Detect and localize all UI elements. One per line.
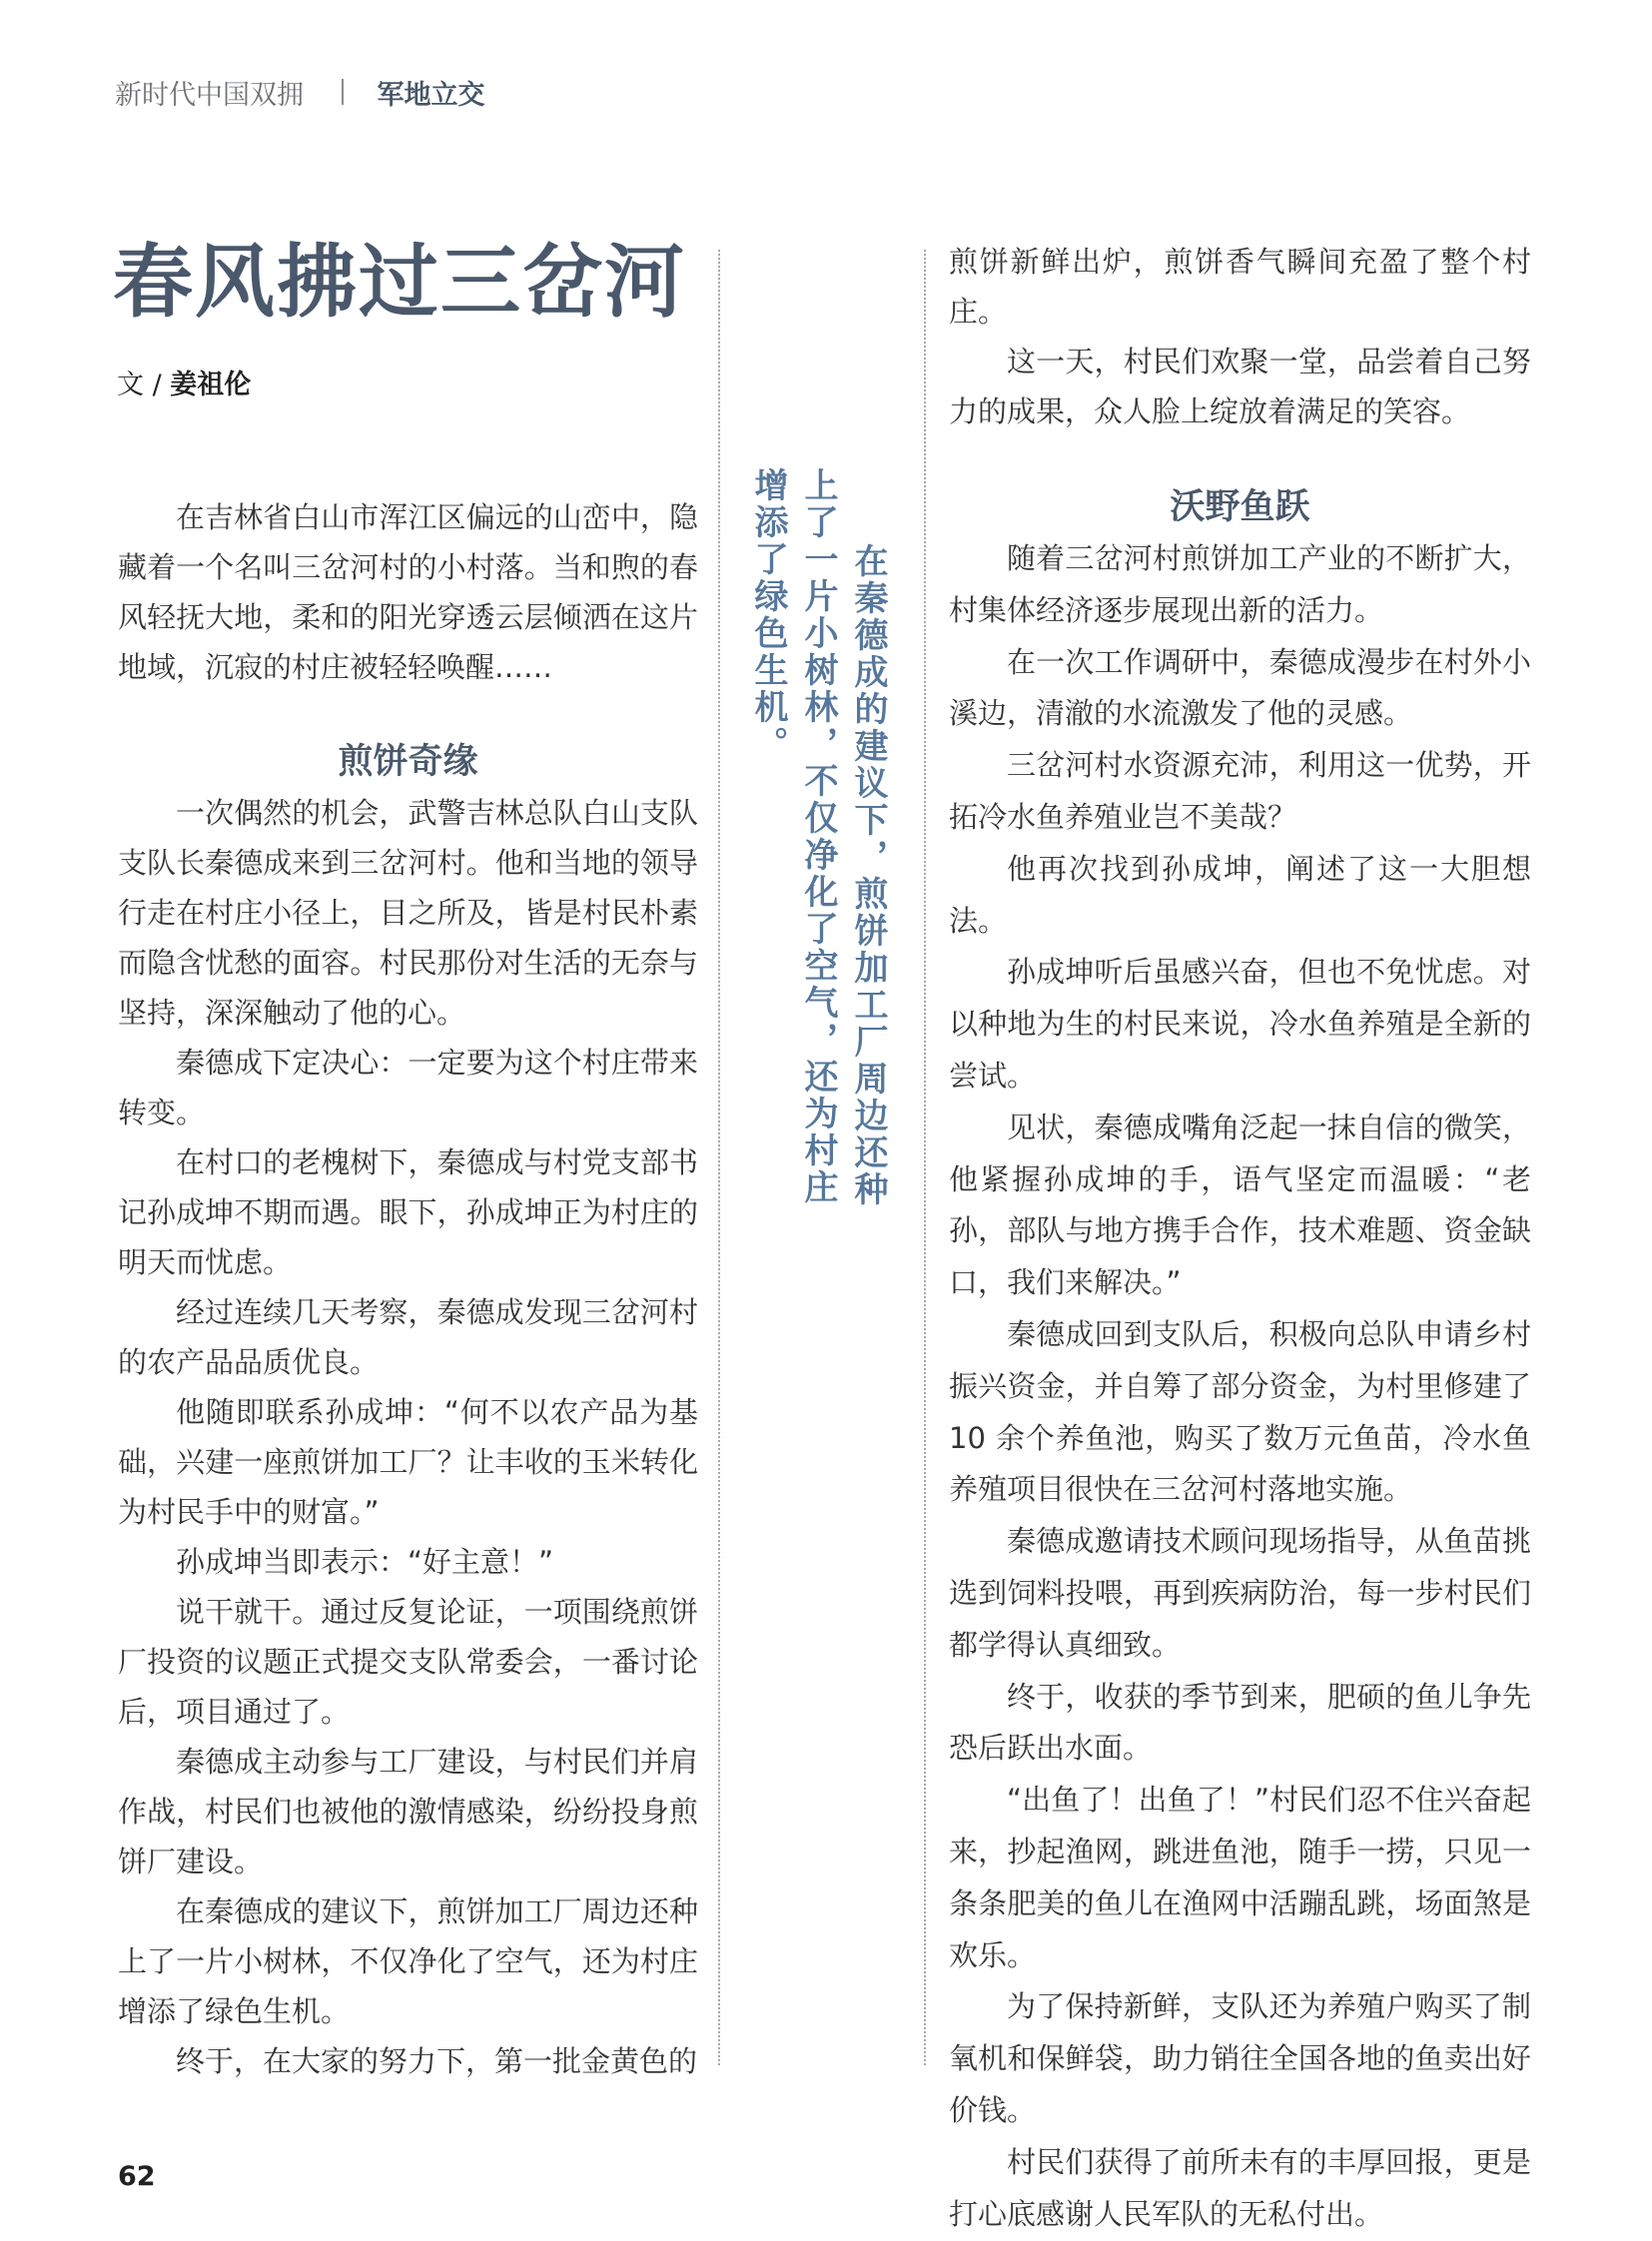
paragraph: 终于，在大家的努力下，第一批金黄色的 [118,2036,698,2086]
paragraph: 秦德成邀请技术顾问现场指导，从鱼苗挑选到饲料投喂，再到疾病防治，每一步村民们都学… [949,1516,1531,1671]
section-heading-1: 煎饼奇缘 [118,736,698,788]
paragraph: 孙成坤当即表示：“好主意！” [118,1537,698,1587]
paragraph: 见状，秦德成嘴角泛起一抹自信的微笑，他紧握孙成坤的手，语气坚定而温暖：“老孙，部… [949,1103,1531,1309]
paragraph: 终于，收获的季节到来，肥硕的鱼儿争先恐后跃出水面。 [949,1672,1531,1776]
paragraph: 随着三岔河村煎饼加工产业的不断扩大，村集体经济逐步展现出新的活力。 [949,533,1531,637]
text-column-left: 在吉林省白山市浑江区偏远的山峦中，隐藏着一个名叫三岔河村的小村落。当和煦的春风轻… [118,492,698,2086]
paragraph: 村民们获得了前所未有的丰厚回报，更是打心底感谢人民军队的无私付出。 [949,2137,1531,2241]
running-head: 新时代中国双拥 军地立交 [115,72,485,112]
section-heading-2: 沃野鱼跃 [949,481,1531,533]
page-number: 62 [118,2161,156,2192]
section-2-body: 随着三岔河村煎饼加工产业的不断扩大，村集体经济逐步展现出新的活力。 在一次工作调… [949,533,1531,2240]
paragraph: 他再次找到孙成坤，阐述了这一大胆想法。 [949,844,1531,948]
byline: 文 / 姜祖伦 [117,366,251,405]
paragraph: 说干就干。通过反复论证，一项围绕煎饼厂投资的议题正式提交支队常委会，一番讨论后，… [118,1587,698,1737]
paragraph: 孙成坤听后虽感兴奋，但也不免忧虑。对以种地为生的村民来说，冷水鱼养殖是全新的尝试… [949,947,1531,1102]
paragraph-continuation: 煎饼新鲜出炉，煎饼香气瞬间充盈了整个村庄。 [949,237,1531,337]
running-head-separator [342,79,344,105]
paragraph: 在秦德成的建议下，煎饼加工厂周边还种上了一片小树林，不仅净化了空气，还为村庄增添… [118,1886,698,2036]
column-name: 军地立交 [378,73,485,112]
column-divider-left [718,250,720,2065]
paragraph: 这一天，村民们欢聚一堂，品尝着自己努力的成果，众人脸上绽放着满足的笑容。 [949,337,1531,436]
text-column-right: 煎饼新鲜出炉，煎饼香气瞬间充盈了整个村庄。 这一天，村民们欢聚一堂，品尝着自己努… [949,237,1531,2240]
paragraph: 为了保持新鲜，支队还为养殖户购买了制氧机和保鲜袋，助力销往全国各地的鱼卖出好价钱… [949,1981,1531,2136]
paragraph: 在一次工作调研中，秦德成漫步在村外小溪边，清澈的水流激发了他的灵感。 [949,637,1531,741]
series-name: 新时代中国双拥 [115,73,304,112]
paragraph: 一次偶然的机会，武警吉林总队白山支队支队长秦德成来到三岔河村。他和当地的领导行走… [118,788,698,1038]
paragraph: 秦德成回到支队后，积极向总队申请乡村振兴资金，并自筹了部分资金，为村里修建了10… [949,1309,1531,1516]
byline-prefix: 文 / [117,370,170,400]
paragraph: 在村口的老槐树下，秦德成与村党支部书记孙成坤不期而遇。眼下，孙成坤正为村庄的明天… [118,1137,698,1287]
paragraph: 他随即联系孙成坤：“何不以农产品为基础，兴建一座煎饼加工厂？让丰收的玉米转化为村… [118,1387,698,1537]
paragraph: 经过连续几天考察，秦德成发现三岔河村的农产品品质优良。 [118,1287,698,1387]
article-title: 春风拂过三岔河 [113,234,686,330]
paragraph: 秦德成主动参与工厂建设，与村民们并肩作战，村民们也被他的激情感染，纷纷投身煎饼厂… [118,1737,698,1886]
intro-paragraph: 在吉林省白山市浑江区偏远的山峦中，隐藏着一个名叫三岔河村的小村落。当和煦的春风轻… [118,492,698,692]
author-name: 姜祖伦 [170,370,251,400]
paragraph: 秦德成下定决心：一定要为这个村庄带来转变。 [118,1038,698,1137]
paragraph: 三岔河村水资源充沛，利用这一优势，开拓冷水鱼养殖业岂不美哉？ [949,740,1531,844]
column-divider-right [924,250,926,2065]
pull-quote: 在秦德成的建议下，煎饼加工厂周边还种上了一片小树林，不仅净化了空气，还为村庄增添… [751,467,893,1236]
paragraph: “出鱼了！出鱼了！”村民们忍不住兴奋起来，抄起渔网，跳进鱼池，随手一捞，只见一条… [949,1775,1531,1981]
